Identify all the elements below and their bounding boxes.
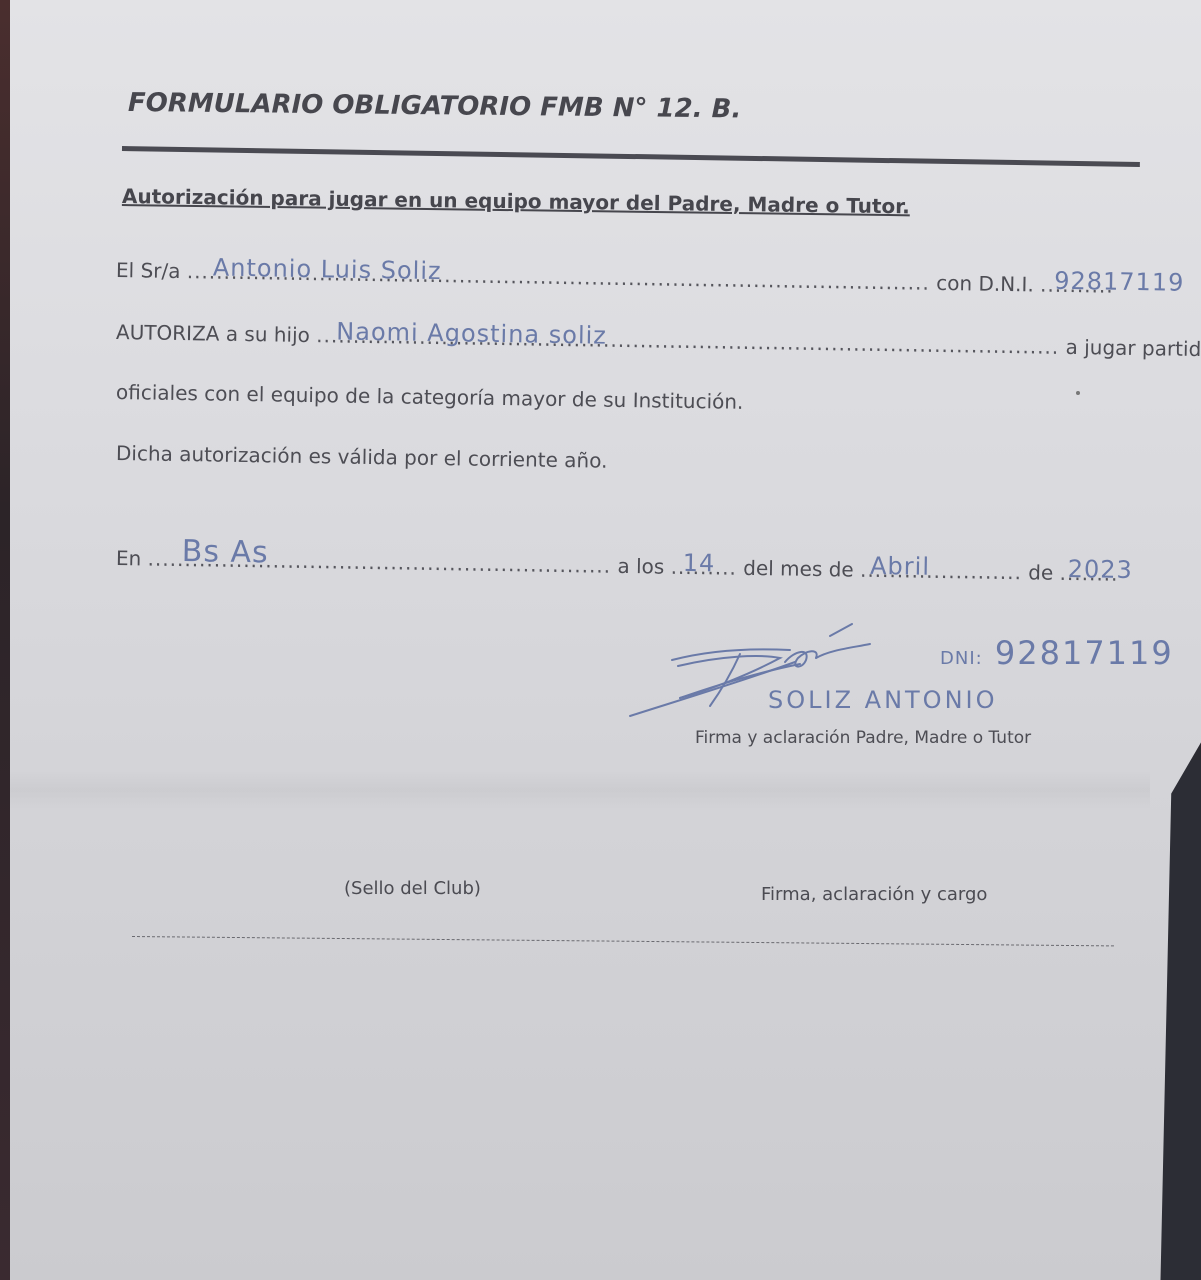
dni-value: 92817119 [1054, 267, 1185, 297]
day-field[interactable]: ......... 14 [670, 555, 737, 580]
day-label: a los [617, 554, 664, 579]
guardian-label: El Sr/a [116, 258, 181, 283]
place-label: En [116, 546, 142, 570]
month-label: del mes de [743, 556, 854, 582]
form-title: FORMULARIO OBLIGATORIO FMB N° 12. B. [128, 88, 742, 124]
month-field[interactable]: ...................... Abril [860, 558, 1022, 585]
year-label: de [1028, 560, 1053, 584]
year-field[interactable]: ........ 2023 [1059, 561, 1118, 586]
club-signature-label: Firma, aclaración y cargo [761, 884, 987, 905]
club-seal-label: (Sello del Club) [344, 878, 481, 899]
signature-dni: DNI: 92817119 [940, 634, 1174, 672]
paper-fold [10, 770, 1150, 810]
signature-caption: Firma y aclaración Padre, Madre o Tutor [695, 728, 1031, 748]
paper-speck [1076, 391, 1080, 395]
guardian-name-value: Antonio Luis Soliz [213, 254, 442, 286]
month-value: Abril [870, 552, 930, 581]
dni-field[interactable]: .......... 92817119 [1040, 273, 1114, 298]
dni-label: con D.N.I. [936, 271, 1034, 297]
child-label: AUTORIZA a su hijo [116, 320, 310, 347]
place-value: Bs As [182, 534, 269, 570]
year-value: 2023 [1067, 555, 1133, 584]
child-name-value: Naomi Agostina soliz [336, 317, 607, 349]
child-line-end: a jugar partidos [1065, 335, 1201, 361]
guardian-signature-block: DNI: 92817119 SOLIZ ANTONIO Firma y acla… [620, 620, 1190, 760]
day-value: 14 [683, 549, 716, 578]
signature-printed-name: SOLIZ ANTONIO [768, 686, 998, 714]
